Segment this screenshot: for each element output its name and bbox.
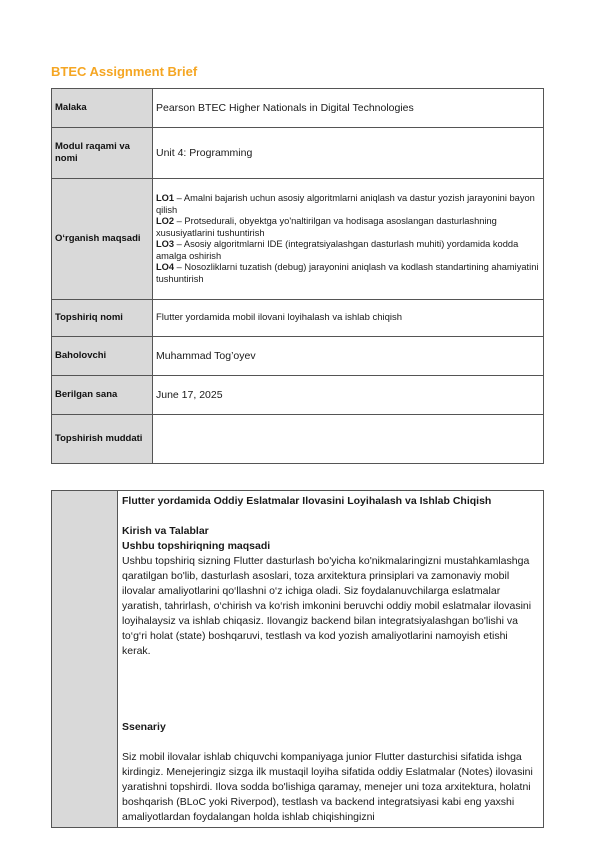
- table-row-issue-date: Berilgan sana June 17, 2025: [52, 376, 544, 415]
- value-learning-outcomes: LO1 – Amalni bajarish uchun asosiy algor…: [153, 179, 544, 300]
- lo-text: – Protsedurali, obyektga yo'naltirilgan …: [156, 216, 497, 238]
- document-title: BTEC Assignment Brief: [51, 64, 197, 79]
- content-heading: Flutter yordamida Oddiy Eslatmalar Ilova…: [122, 494, 539, 509]
- label-assignment-title: Topshiriq nomi: [52, 300, 153, 337]
- intro-title: Kirish va Talablar: [122, 524, 539, 539]
- label-issue-date: Berilgan sana: [52, 376, 153, 415]
- content-side-cell: [52, 491, 118, 828]
- value-submission-deadline: [153, 415, 544, 464]
- value-qualification: Pearson BTEC Higher Nationals in Digital…: [153, 89, 544, 128]
- learning-outcome-3: LO3 – Asosiy algoritmlarni IDE (integrat…: [156, 239, 540, 262]
- scenario-text: Siz mobil ilovalar ishlab chiquvchi komp…: [122, 750, 539, 825]
- table-row-unit: Modul raqami va nomi Unit 4: Programming: [52, 128, 544, 179]
- table-row-learning-outcomes: O‘rganish maqsadi LO1 – Amalni bajarish …: [52, 179, 544, 300]
- content-row: Flutter yordamida Oddiy Eslatmalar Ilova…: [52, 491, 544, 828]
- value-unit: Unit 4: Programming: [153, 128, 544, 179]
- table-row-qualification: Malaka Pearson BTEC Higher Nationals in …: [52, 89, 544, 128]
- assignment-brief-table: Malaka Pearson BTEC Higher Nationals in …: [51, 88, 544, 464]
- lo-code: LO3: [156, 239, 174, 249]
- purpose-title: Ushbu topshiriqning maqsadi: [122, 539, 539, 554]
- table-row-assignment-title: Topshiriq nomi Flutter yordamida mobil i…: [52, 300, 544, 337]
- lo-text: – Nosozliklarni tuzatish (debug) jarayon…: [156, 262, 538, 284]
- label-learning-outcomes: O‘rganish maqsadi: [52, 179, 153, 300]
- table-row-submission-deadline: Topshirish muddati: [52, 415, 544, 464]
- value-issue-date: June 17, 2025: [153, 376, 544, 415]
- label-submission-deadline: Topshirish muddati: [52, 415, 153, 464]
- label-qualification: Malaka: [52, 89, 153, 128]
- lo-code: LO4: [156, 262, 174, 272]
- learning-outcome-2: LO2 – Protsedurali, obyektga yo'naltiril…: [156, 216, 540, 239]
- purpose-text: Ushbu topshiriq sizning Flutter dasturla…: [122, 554, 539, 659]
- lo-text: – Amalni bajarish uchun asosiy algoritml…: [156, 193, 535, 215]
- label-assessor: Baholovchi: [52, 337, 153, 376]
- content-main-cell: Flutter yordamida Oddiy Eslatmalar Ilova…: [118, 491, 544, 828]
- label-unit: Modul raqami va nomi: [52, 128, 153, 179]
- value-assignment-title: Flutter yordamida mobil ilovani loyihala…: [153, 300, 544, 337]
- scenario-title: Ssenariy: [122, 720, 539, 735]
- table-row-assessor: Baholovchi Muhammad Tog’oyev: [52, 337, 544, 376]
- learning-outcome-1: LO1 – Amalni bajarish uchun asosiy algor…: [156, 193, 540, 216]
- learning-outcome-4: LO4 – Nosozliklarni tuzatish (debug) jar…: [156, 262, 540, 285]
- lo-text: – Asosiy algoritmlarni IDE (integratsiya…: [156, 239, 518, 261]
- lo-code: LO2: [156, 216, 174, 226]
- lo-code: LO1: [156, 193, 174, 203]
- assignment-content-table: Flutter yordamida Oddiy Eslatmalar Ilova…: [51, 490, 544, 828]
- value-assessor: Muhammad Tog’oyev: [153, 337, 544, 376]
